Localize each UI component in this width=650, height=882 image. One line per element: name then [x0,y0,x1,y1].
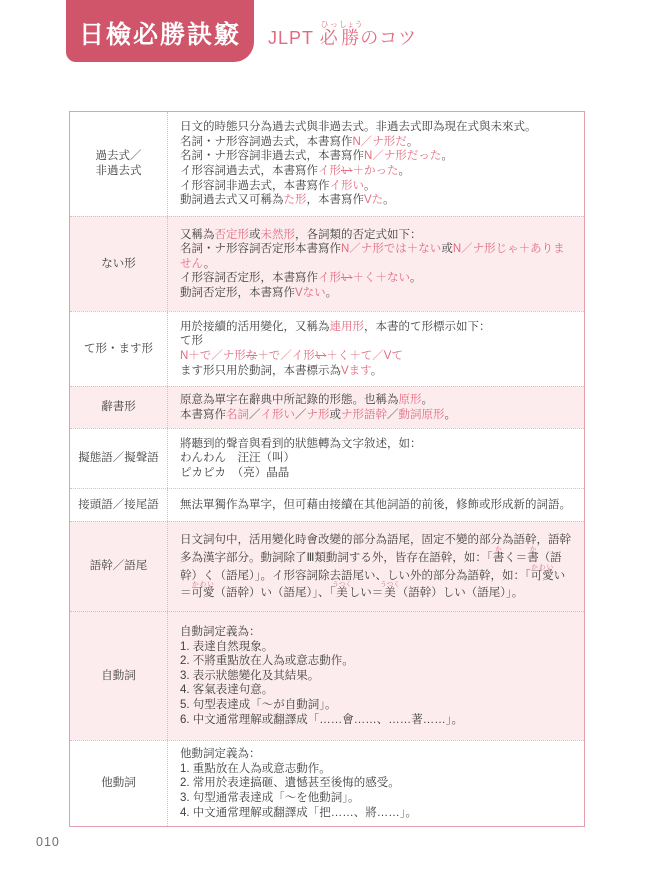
text-segment: 日文的時態只分為過去式與非過去式。非過去式即為現在式與未來式。 [180,121,537,133]
text-line: 名詞・ナ形容詞否定形本書寫作N／ナ形では＋ない或N／ナ形じゃ＋ありません。 [180,242,574,271]
text-segment: い [315,350,327,362]
text-line: 他動詞定義為： [180,747,574,762]
text-segment: JLPT [268,28,320,48]
text-segment: 未然形 [261,229,296,241]
text-segment: 名詞・ナ形容詞否定形本書寫作 [180,243,341,255]
text-segment: 或 [330,409,342,421]
text-line: ます形只用於動詞，本書標示為Vます。 [180,364,574,379]
table-row: ない形又稱為否定形或未然形，各詞類的否定式如下：名詞・ナ形容詞否定形本書寫作N／… [70,216,584,311]
term-label: て形・ます形 [84,342,153,357]
text-segment: 。 [410,272,422,284]
text-line: 5. 句型表達成「～が自動詞」。 [180,698,574,713]
text-segment: ＋く＋ない [353,272,411,284]
table-row: 他動詞他動詞定義為：1. 重點放在人為或意志動作。2. 常用於表達搞砸、遺憾甚至… [70,740,584,826]
text-segment: 4. 中文通常理解或翻譯成「把……、將……」。 [180,807,417,819]
term-cell: 他動詞 [70,741,168,826]
text-line: ピカピカ （亮）晶晶 [180,466,574,481]
text-segment: ／ [249,409,261,421]
description-cell: 日文詞句中，活用變化時會改變的部分為語尾，固定不變的部分為語幹，語幹多為漢字部分… [168,522,584,611]
text-segment: た形 [284,194,307,206]
text-segment: 。 [204,258,216,270]
term-cell: 辭書形 [70,387,168,428]
text-segment: わんわん 汪汪（叫） [180,452,295,464]
text-segment: イ形い [330,180,365,192]
text-segment: ，本書的て形標示如下： [364,321,491,333]
text-line: 2. 不將重點放在人為或意志動作。 [180,654,574,669]
grammar-terms-table: 過去式／非過去式日文的時態只分為過去式與非過去式。非過去式即為現在式與未來式。名… [69,111,585,827]
term-cell: て形・ます形 [70,312,168,386]
page-number: 010 [36,835,60,849]
term-label: 語幹／語尾 [90,559,148,574]
text-segment: 1. 重點放在人為或意志動作。 [180,763,331,775]
text-segment: 。 [371,365,383,377]
term-cell: 自動詞 [70,612,168,740]
text-segment: 將聽到的聲音與看到的狀態轉為文字敘述，如： [180,438,422,450]
text-segment: N＋で／ナ形 [180,350,246,362]
text-segment: ，各詞類的否定式如下： [295,229,422,241]
text-segment: 他動詞定義為： [180,748,261,760]
table-row: 過去式／非過去式日文的時態只分為過去式與非過去式。非過去式即為現在式與未來式。名… [70,112,584,216]
furigana: か [493,546,505,553]
text-segment: 原形 [399,394,422,406]
text-segment: な [246,350,258,362]
text-segment: （語幹）しい（語尾）」。 [397,587,524,599]
description-cell: 日文的時態只分為過去式與非過去式。非過去式即為現在式與未來式。名詞・ナ形容詞過去… [168,112,584,216]
text-segment: 。 [383,194,395,206]
term-label: 擬態語／擬聲語 [78,451,159,466]
text-segment: 3. 句型通常表達成「～を他動詞」。 [180,792,360,804]
text-segment: 名詞・ナ形容詞非過去式，本書寫作 [180,150,364,162]
text-segment: 名詞 [226,409,249,421]
text-line: 3. 句型通常表達成「～を他動詞」。 [180,791,574,806]
description-cell: 又稱為否定形或未然形，各詞類的否定式如下：名詞・ナ形容詞否定形本書寫作N／ナ形で… [168,217,584,311]
text-segment: イ形い [261,409,296,421]
text-segment: ／ [387,409,399,421]
text-segment: 本書寫作 [180,409,226,421]
text-line: 原意為單字在辭典中所記錄的形態。也稱為原形。 [180,393,574,408]
text-segment: イ形 [318,165,341,177]
text-segment: い [341,165,353,177]
text-segment: 4. 客氣表達句意。 [180,684,273,696]
description-cell: 自動詞定義為：1. 表達自然現象。2. 不將重點放在人為或意志動作。3. 表示狀… [168,612,584,740]
ruby-text: 美うつく [383,587,397,599]
text-segment: 。 [441,150,453,162]
text-line: 自動詞定義為： [180,625,574,640]
term-label: 非過去式 [96,164,142,179]
term-label: 自動詞 [101,669,136,684]
text-segment: イ形容詞非過去式，本書寫作 [180,180,330,192]
text-segment: 。 [326,287,338,299]
term-label: 他動詞 [101,776,136,791]
text-line: 3. 表示狀態變化及其結果。 [180,669,574,684]
term-cell: 過去式／非過去式 [70,112,168,216]
text-segment: ＋く＋て／Vて [326,350,403,362]
text-line: 4. 客氣表達句意。 [180,683,574,698]
text-segment: 否定形 [215,229,250,241]
description-cell: 用於接續的活用變化，又稱為連用形，本書的て形標示如下：て形N＋で／ナ形な＋で／イ… [168,312,584,386]
text-segment: く＝ [504,552,527,564]
text-line: 1. 表達自然現象。 [180,640,574,655]
text-segment: ，本書寫作 [307,194,365,206]
text-segment: ＋かった [353,165,399,177]
term-label: ない形 [101,257,136,272]
furigana: うつく [380,581,400,588]
text-segment: 或 [441,243,453,255]
ruby-text: 書か [493,552,505,564]
text-line: イ形容詞非過去式，本書寫作イ形い。 [180,179,574,194]
description-cell: 無法單獨作為單字，但可藉由接續在其他詞語的前後，修飾或形成新的詞語。 [168,489,584,521]
furigana: かわい [192,581,215,588]
furigana: かわい [531,564,554,571]
term-label: 接頭語／接尾語 [78,498,159,513]
table-row: 辭書形原意為單字在辭典中所記錄的形態。也稱為原形。本書寫作名詞／イ形い／ナ形或ナ… [70,386,584,428]
text-segment: ピカピカ （亮）晶晶 [180,467,289,479]
text-segment: イ形容詞否定形，本書寫作 [180,272,318,284]
ruby-text: 書か [527,552,539,564]
text-line: 6. 中文通常理解或翻譯成「……會……、……著……」。 [180,713,574,728]
text-segment: 。 [364,180,376,192]
text-line: イ形容詞過去式，本書寫作イ形い＋かった。 [180,164,574,179]
text-line: 本書寫作名詞／イ形い／ナ形或ナ形語幹／動詞原形。 [180,408,574,423]
text-segment: ます形只用於動詞，本書標示為 [180,365,341,377]
text-line: 日文詞句中，活用變化時會改變的部分為語尾，固定不變的部分為語幹，語幹多為漢字部分… [180,532,574,602]
text-line: 將聽到的聲音與看到的狀態轉為文字敘述，如： [180,437,574,452]
text-segment: 動詞過去式又可稱為 [180,194,284,206]
text-segment: 動詞原形 [399,409,445,421]
text-line: て形 [180,334,574,349]
text-segment: 5. 句型表達成「～が自動詞」。 [180,699,337,711]
text-segment: ナ形 [307,409,330,421]
header-badge: 日檢必勝訣竅 [66,0,254,62]
text-segment: N／ナ形だ [353,136,407,148]
text-line: 名詞・ナ形容詞非過去式，本書寫作N／ナ形だった。 [180,149,574,164]
text-line: 無法單獨作為單字，但可藉由接續在其他詞語的前後，修飾或形成新的詞語。 [180,498,574,513]
text-segment: 3. 表示狀態變化及其結果。 [180,670,319,682]
text-segment: 2. 不將重點放在人為或意志動作。 [180,655,354,667]
term-cell: 語幹／語尾 [70,522,168,611]
text-segment: Vない [295,287,326,299]
text-line: 日文的時態只分為過去式與非過去式。非過去式即為現在式與未來式。 [180,120,574,135]
furigana: ひっ [320,20,339,29]
text-segment: 連用形 [330,321,365,333]
text-segment: 。 [407,136,419,148]
text-segment: ／ [295,409,307,421]
header-subtitle: JLPT 必ひっ勝しょうのコツ [268,20,417,50]
text-segment: 。 [399,165,411,177]
text-segment: Vた [364,194,383,206]
text-segment: 用於接續的活用變化，又稱為 [180,321,330,333]
ruby-text: 可愛かわい [192,587,215,599]
text-segment: て形 [180,335,203,347]
ruby-text: 必ひっ [320,28,339,48]
term-cell: 擬態語／擬聲語 [70,429,168,488]
text-segment: ＋で／イ形 [257,350,315,362]
text-segment: 自動詞定義為： [180,626,261,638]
text-segment: Vます [341,365,371,377]
text-line: N＋で／ナ形な＋で／イ形い＋く＋て／Vて [180,349,574,364]
ruby-text: 勝しょう [339,28,361,48]
text-segment: しい＝ [349,587,384,599]
term-cell: ない形 [70,217,168,311]
text-segment: 無法單獨作為單字，但可藉由接續在其他詞語的前後，修飾或形成新的詞語。 [180,499,571,511]
text-line: 動詞否定形，本書寫作Vない。 [180,286,574,301]
text-segment: 或 [249,229,261,241]
text-line: 1. 重點放在人為或意志動作。 [180,762,574,777]
table-row: 擬態語／擬聲語將聽到的聲音與看到的狀態轉為文字敘述，如：わんわん 汪汪（叫）ピカ… [70,428,584,488]
ruby-text: 美うつく [335,587,349,599]
furigana: うつく [332,581,352,588]
text-segment: 原意為單字在辭典中所記錄的形態。也稱為 [180,394,399,406]
term-label: 過去式／ [96,149,142,164]
text-segment: 又稱為 [180,229,215,241]
text-line: 動詞過去式又可稱為た形，本書寫作Vた。 [180,193,574,208]
text-line: 4. 中文通常理解或翻譯成「把……、將……」。 [180,806,574,821]
description-cell: 將聽到的聲音與看到的狀態轉為文字敘述，如：わんわん 汪汪（叫）ピカピカ （亮）晶… [168,429,584,488]
text-segment: （語幹）い（語尾）」、「 [215,587,336,599]
table-row: 接頭語／接尾語無法單獨作為單字，但可藉由接續在其他詞語的前後，修飾或形成新的詞語… [70,488,584,521]
table-row: 自動詞自動詞定義為：1. 表達自然現象。2. 不將重點放在人為或意志動作。3. … [70,611,584,740]
text-line: 名詞・ナ形容詞過去式，本書寫作N／ナ形だ。 [180,135,574,150]
term-label: 辭書形 [101,400,136,415]
text-segment: イ形容詞過去式，本書寫作 [180,165,318,177]
description-cell: 他動詞定義為：1. 重點放在人為或意志動作。2. 常用於表達搞砸、遺憾甚至後悔的… [168,741,584,826]
text-segment: い [341,272,353,284]
text-segment: N／ナ形では＋ない [341,243,441,255]
text-line: わんわん 汪汪（叫） [180,451,574,466]
text-segment: 名詞・ナ形容詞過去式，本書寫作 [180,136,353,148]
text-line: 又稱為否定形或未然形，各詞類的否定式如下： [180,228,574,243]
description-cell: 原意為單字在辭典中所記錄的形態。也稱為原形。本書寫作名詞／イ形い／ナ形或ナ形語幹… [168,387,584,428]
text-segment: N／ナ形だった [364,150,441,162]
text-line: イ形容詞否定形，本書寫作イ形い＋く＋ない。 [180,271,574,286]
furigana: しょう [339,20,363,29]
text-segment: ナ形語幹 [341,409,387,421]
table-row: 語幹／語尾日文詞句中，活用變化時會改變的部分為語尾，固定不變的部分為語幹，語幹多… [70,521,584,611]
text-segment: 動詞否定形，本書寫作 [180,287,295,299]
header-badge-label: 日檢必勝訣竅 [79,15,241,51]
text-segment: のコツ [360,28,417,48]
term-cell: 接頭語／接尾語 [70,489,168,521]
text-segment: 。 [422,394,434,406]
furigana: か [527,546,539,553]
ruby-text: 可愛かわい [531,570,554,582]
text-segment: 。 [445,409,457,421]
text-line: 2. 常用於表達搞砸、遺憾甚至後悔的感受。 [180,776,574,791]
table-row: て形・ます形用於接續的活用變化，又稱為連用形，本書的て形標示如下：て形N＋で／ナ… [70,311,584,386]
text-segment: 2. 常用於表達搞砸、遺憾甚至後悔的感受。 [180,777,400,789]
text-segment: イ形 [318,272,341,284]
text-segment: 1. 表達自然現象。 [180,641,273,653]
text-segment: 6. 中文通常理解或翻譯成「……會……、……著……」。 [180,714,463,726]
text-line: 用於接續的活用變化，又稱為連用形，本書的て形標示如下： [180,320,574,335]
